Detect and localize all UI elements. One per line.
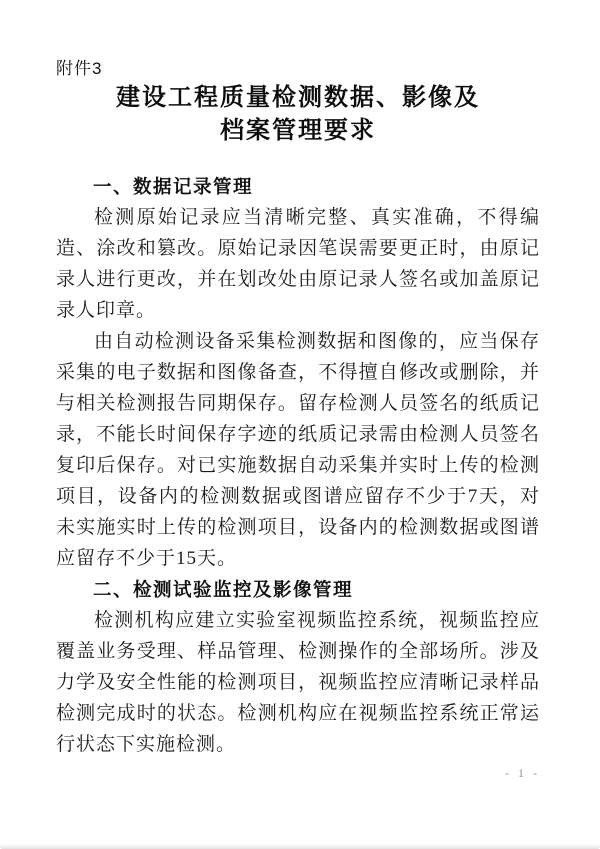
- document-title-line1: 建设工程质量检测数据、影像及: [55, 82, 541, 115]
- scan-edge-shadow: [0, 844, 600, 849]
- body-paragraph: 由自动检测设备采集检测数据和图像的，应当保存采集的电子数据和图像备查，不得擅自修…: [56, 326, 540, 574]
- body-paragraph: 检测原始记录应当清晰完整、真实准确，不得编造、涂改和篡改。原始记录因笔误需要更正…: [56, 202, 540, 326]
- document-body: 一、数据记录管理 检测原始记录应当清晰完整、真实准确，不得编造、涂改和篡改。原始…: [56, 171, 540, 760]
- section-data-records: 一、数据记录管理 检测原始记录应当清晰完整、真实准确，不得编造、涂改和篡改。原始…: [56, 171, 540, 574]
- section-monitoring-imaging: 二、检测试验监控及影像管理 检测机构应建立实验室视频监控系统，视频监控应覆盖业务…: [56, 574, 540, 760]
- section-heading: 二、检测试验监控及影像管理: [56, 574, 540, 605]
- section-heading: 一、数据记录管理: [56, 171, 540, 202]
- attachment-label: 附件3: [56, 54, 102, 79]
- page-number: - 1 -: [505, 766, 540, 781]
- document-title-line2: 档案管理要求: [55, 115, 541, 148]
- body-paragraph: 检测机构应建立实验室视频监控系统，视频监控应覆盖业务受理、样品管理、检测操作的全…: [56, 605, 540, 760]
- document-title: 建设工程质量检测数据、影像及 档案管理要求: [55, 82, 541, 148]
- document-page: 附件3 建设工程质量检测数据、影像及 档案管理要求 一、数据记录管理 检测原始记…: [0, 0, 600, 849]
